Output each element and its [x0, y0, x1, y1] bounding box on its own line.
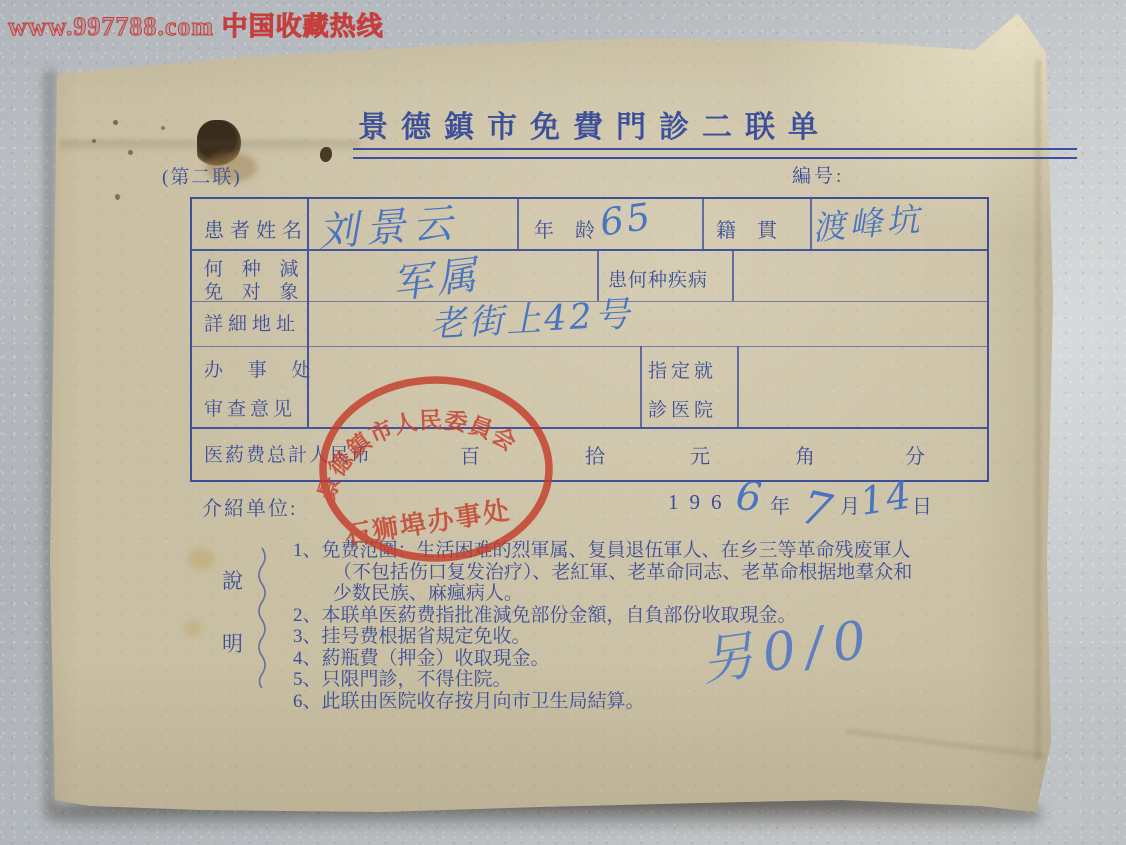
- photo-scene: 景德鎮市免費門診二联单 (第二联) 編号: 患者姓名 年 龄 籍 貫 何 种 減…: [0, 0, 1126, 845]
- column-divider: [517, 199, 519, 249]
- hospital-label-line1: 指定就: [648, 356, 717, 383]
- pinhole: [161, 126, 165, 130]
- column-divider: [732, 249, 734, 301]
- svg-text:景德鎮市人民委員会: 景德鎮市人民委員会: [314, 408, 521, 503]
- date-year-handwriting: 6: [734, 473, 764, 521]
- note-item: 6、此联由医院收存按月向市卫生局結算。: [293, 691, 921, 713]
- notes-side-label-1: 說: [222, 565, 243, 595]
- unit-jiao: 角: [795, 440, 815, 469]
- office-label-line2: 审查意见: [204, 394, 296, 421]
- exemption-label-line2: 免 对 象: [204, 277, 306, 304]
- native-place-handwriting: 渡峰坑: [810, 193, 925, 249]
- age-handwriting: 65: [597, 195, 656, 245]
- crease-line: [1036, 60, 1040, 760]
- referral-label: 介紹单位:: [202, 492, 298, 521]
- unit-fen: 分: [905, 440, 925, 469]
- patient-name-label: 患者姓名: [204, 214, 308, 243]
- hospital-label-line2: 診医院: [648, 395, 717, 422]
- unit-yuan: 元: [690, 440, 710, 469]
- notes-side-label-2: 明: [222, 628, 243, 658]
- date-day-suffix: 日: [912, 490, 932, 519]
- date-year-suffix: 年: [770, 490, 790, 519]
- office-label-line1: 办 事 处: [204, 355, 321, 382]
- paper-stain: [188, 548, 214, 570]
- date-day-handwriting: 14: [857, 472, 916, 524]
- stamp-bottom-text: 石狮埠办事处: [342, 496, 512, 551]
- native-place-label: 籍 貫: [716, 214, 785, 243]
- column-divider: [640, 346, 642, 427]
- row-divider: [192, 346, 987, 347]
- address-handwriting: 老街上42号: [429, 287, 634, 348]
- watermark-text: www.997788.com 中国收藏热线: [8, 6, 384, 43]
- crease-line: [60, 140, 360, 153]
- notes-brace-wavy-line: [254, 546, 270, 688]
- pinhole: [113, 120, 118, 125]
- date-year-printed: 196: [668, 490, 733, 515]
- row-divider: [192, 249, 987, 251]
- address-label: 詳細地址: [204, 309, 300, 336]
- pinhole: [115, 194, 120, 200]
- stamp-arc-text: 景德鎮市人民委員会: [314, 408, 521, 503]
- unit-ten: 拾: [585, 440, 605, 469]
- column-divider: [737, 346, 739, 427]
- page-title: 景德鎮市免費門診二联单: [358, 102, 831, 146]
- date-month-suffix: 月: [840, 490, 860, 519]
- title-double-rule: [353, 148, 1077, 159]
- paper-stain: [184, 620, 202, 636]
- official-stamp: 景德鎮市人民委員会 石狮埠办事处: [310, 372, 566, 572]
- copy-label: (第二联): [162, 162, 242, 189]
- serial-label: 編号:: [792, 161, 844, 188]
- column-divider: [702, 199, 704, 249]
- age-label: 年 龄: [534, 214, 603, 243]
